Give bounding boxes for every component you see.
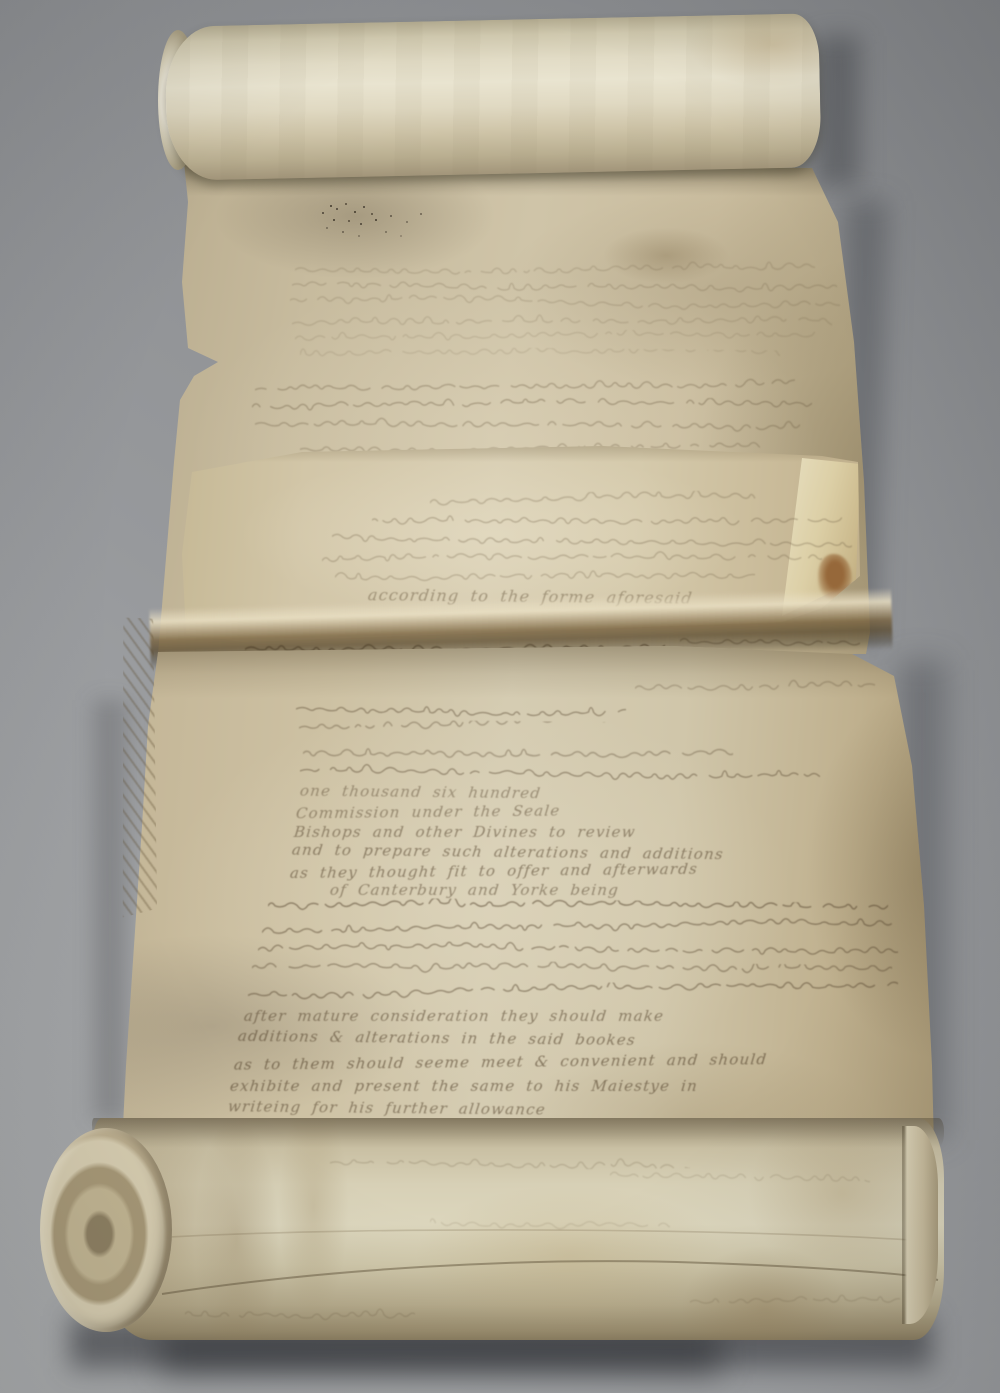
handwriting-line (299, 719, 699, 741)
handwriting-fragment: Commission under the Seale (295, 802, 561, 823)
handwriting-line: one thousand six hundred (300, 781, 541, 803)
handwriting-stroke (248, 980, 898, 1005)
handwriting-line: writeing for his further allowance (228, 1096, 546, 1118)
handwriting-line (300, 762, 820, 780)
handwriting-fragment: additions & alterations in the said book… (237, 1027, 637, 1049)
handwriting-fragment: of Canterbury and Yorke being (329, 881, 620, 899)
handwriting-line (262, 917, 892, 942)
handwriting-line: of Canterbury and Yorke being (330, 880, 619, 899)
handwriting-line (610, 1166, 870, 1184)
handwriting-stroke (185, 1305, 415, 1323)
photograph-of-parchment-scroll: according to the forme aforesaid one tho… (0, 0, 1000, 1393)
handwriting-line (185, 1305, 415, 1323)
handwriting-fragment: one thousand six hundred (299, 782, 542, 803)
handwriting-stroke (300, 762, 820, 780)
handwriting-line: as to them should seeme meet & convenien… (234, 1049, 767, 1074)
handwriting-line (303, 740, 733, 763)
handwriting-stroke (635, 677, 875, 698)
handwriting-line: after mature consideration they should m… (244, 1006, 664, 1025)
handwriting-line: Bishops and other Divines to review (294, 822, 636, 841)
handwriting-fragment: writeing for his further allowance (227, 1097, 547, 1118)
handwriting-line (680, 632, 860, 650)
handwriting-stroke (430, 1213, 670, 1234)
handwriting-stroke (258, 941, 898, 959)
bottom-rolled-parchment (92, 1118, 944, 1340)
handwriting-line (258, 941, 898, 959)
roll-faint-marks (92, 1118, 944, 1340)
handwriting-line (635, 677, 875, 698)
handwriting-stroke (303, 740, 733, 763)
handwriting-line (296, 700, 626, 718)
handwriting-stroke (299, 719, 699, 741)
handwriting-line: additions & alterations in the said book… (238, 1026, 636, 1049)
handwriting-fragment: exhibite and present the same to his Mai… (229, 1077, 699, 1095)
handwriting-stroke (262, 917, 892, 942)
handwriting-stroke (690, 1291, 900, 1311)
handwriting-stroke (610, 1166, 870, 1184)
handwriting-line (430, 1213, 670, 1234)
top-rolled-parchment (164, 13, 821, 181)
handwriting-fragment: Bishops and other Divines to review (293, 823, 637, 841)
handwriting-stroke (296, 700, 626, 718)
handwriting-stroke (252, 959, 892, 984)
lower-membrane-handwriting: one thousand six hundredCommission under… (112, 646, 944, 1146)
handwriting-line (690, 1291, 900, 1311)
handwriting-fragment: after mature consideration they should m… (243, 1007, 665, 1025)
handwriting-stroke (680, 632, 860, 650)
handwriting-line: as they thought fit to offer and afterwa… (290, 859, 698, 882)
handwriting-fragment: as they thought fit to offer and afterwa… (289, 860, 699, 882)
handwriting-line: exhibite and present the same to his Mai… (230, 1076, 698, 1095)
handwriting-line: Commission under the Seale (296, 801, 561, 823)
handwriting-fragment: as to them should seeme meet & convenien… (233, 1050, 768, 1074)
handwriting-line (252, 959, 892, 984)
handwriting-line (248, 980, 898, 1005)
lower-parchment-membrane: one thousand six hundredCommission under… (112, 646, 944, 1146)
roll-coiled-end (40, 1128, 172, 1332)
